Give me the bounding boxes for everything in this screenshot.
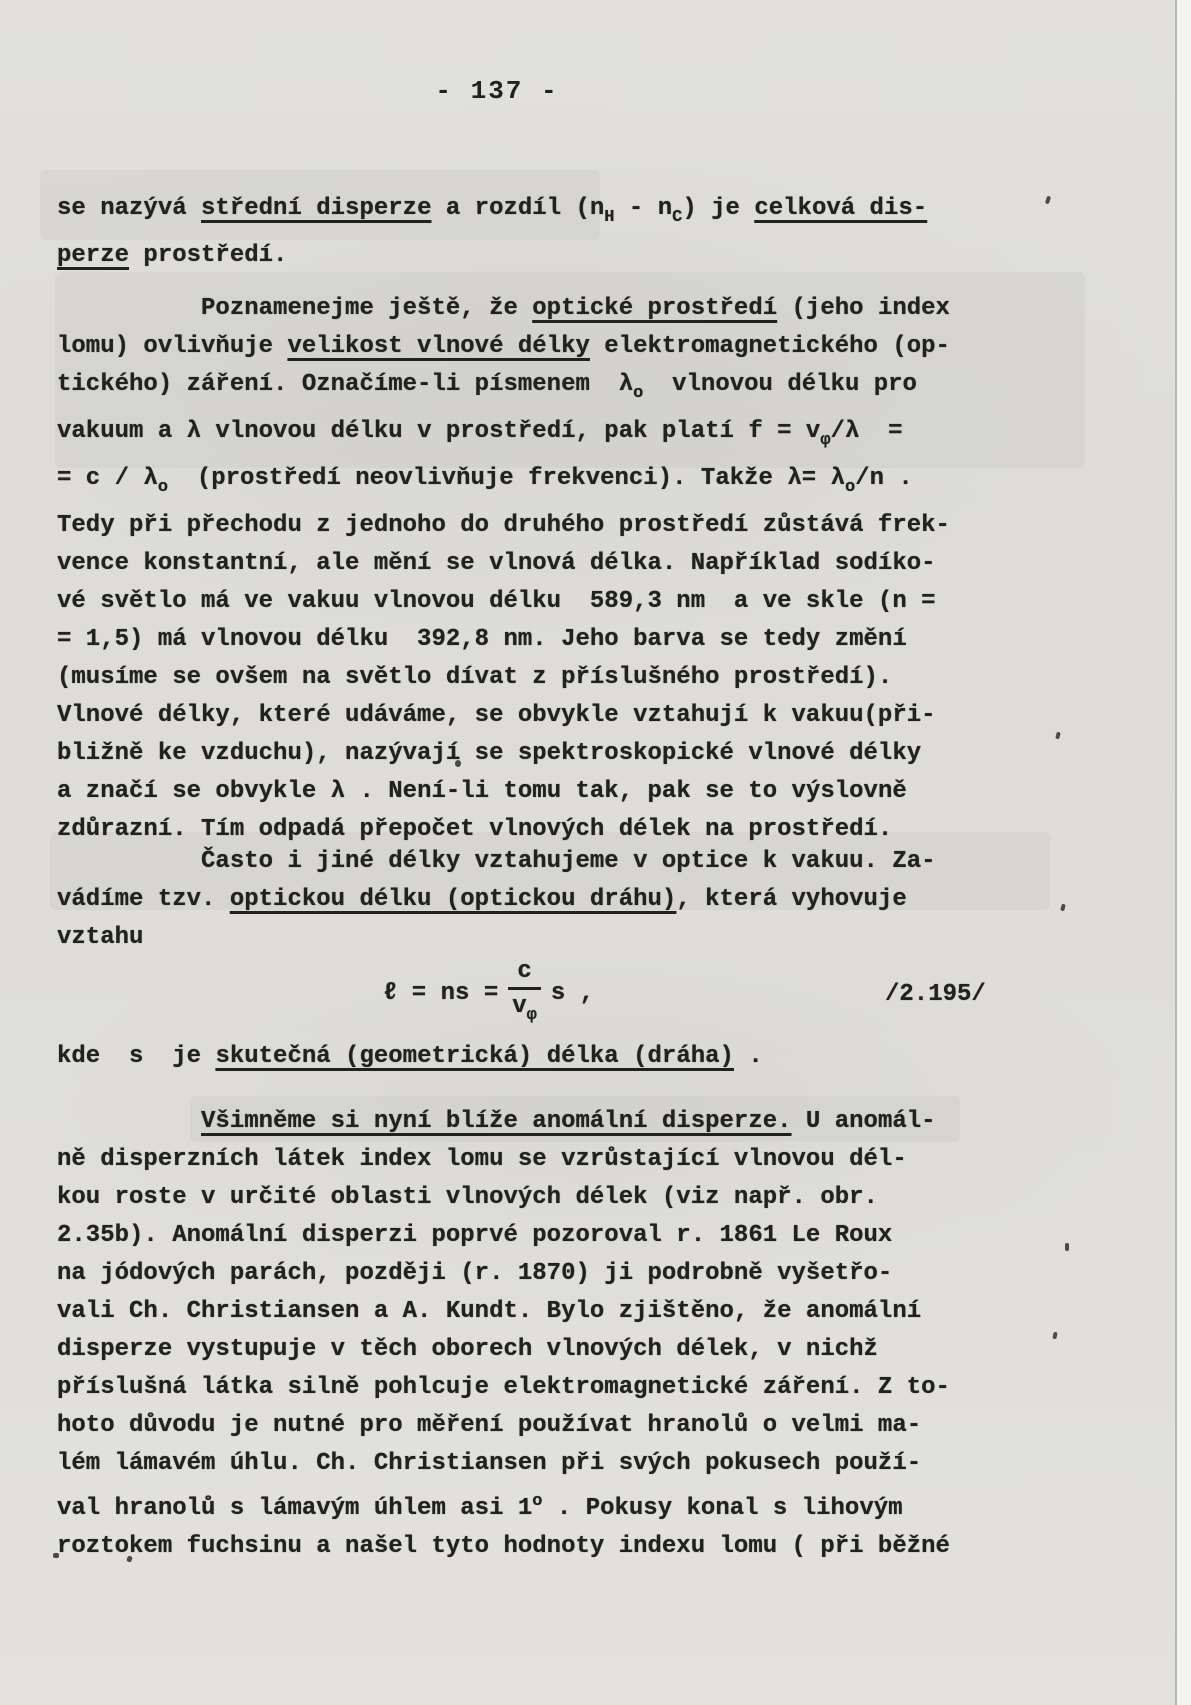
text-segment: Vlnové délky, které udáváme, se obvykle … [57,702,936,729]
text-segment: = c / [57,465,143,492]
text-line: vakuum a λ vlnovou délku v prostředí, pa… [57,413,967,460]
equation-lhs: ℓ = ns = [383,975,498,1013]
text-segment: = [859,418,902,445]
text-segment: λ [787,465,801,492]
text-line: = 1,5) má vlnovou délku 392,8 nm. Jeho b… [57,621,967,659]
underlined-text: střední disperze [201,195,431,222]
text-segment: na jódových parách, později (r. 1870) ji… [57,1260,892,1287]
text-segment: val hranolů s lámavým úhlem asi 1 [57,1495,532,1522]
text-line: (musíme se ovšem na světlo dívat z přísl… [57,659,967,697]
text-line: a značí se obvykle λ . Není-li tomu tak,… [57,773,967,811]
text-segment: disperze vystupuje v těch oborech vlnový… [57,1336,878,1363]
text-line: val hranolů s lámavým úhlem asi 1o . Pok… [57,1483,967,1528]
text-segment: bližně ke vzduchu), nazývají se spektros… [57,740,921,767]
text-segment: U anomál- [792,1108,936,1135]
text-segment: (prostředí neovlivňuje frekvenci). Takže [168,465,787,492]
text-line: 2.35b). Anomální disperzi poprvé pozorov… [57,1217,967,1255]
equation: ℓ = ns = c vφ s , /2.195/ [57,948,967,1040]
text-segment: o [633,384,643,403]
fraction-numerator: c [511,957,537,987]
text-segment: . Není-li tomu tak, pak se to výslovně [345,778,907,805]
text-line: lomu) ovlivňuje velikost vlnové délky el… [57,328,967,366]
text-segment: , která vyhovuje [676,886,906,913]
text-line: příslušná látka silně pohlcuje elektroma… [57,1369,967,1407]
underlined-text: celková dis- [754,195,927,222]
text-segment: vlnovou délku v prostředí, pak platí f =… [201,418,820,445]
text-segment: . Pokusy konal s lihovým [542,1495,902,1522]
text-segment: Tedy při přechodu z jednoho do druhého p… [57,512,950,539]
text-segment: o [845,478,855,497]
text-segment: roztokem fuchsinu a našel tyto hodnoty i… [57,1533,950,1560]
text-segment: φ [820,431,830,450]
text-segment: vádíme tzv. [57,886,230,913]
paragraph-dispersion-intro: se nazývá střední disperze a rozdíl (nH … [57,190,967,275]
text-line: Všimněme si nyní blíže anomální disperze… [57,1103,967,1141]
text-line: Poznamenejme ještě, že optické prostředí… [57,290,967,328]
text-line: hoto důvodu je nutné pro měření používat… [57,1407,967,1445]
text-segment: vence konstantní, ale mění se vlnová dél… [57,550,936,577]
text-line: disperze vystupuje v těch oborech vlnový… [57,1331,967,1369]
text-segment: ně disperzních látek index lomu se vzrůs… [57,1146,907,1173]
text-line: se nazývá střední disperze a rozdíl (nH … [57,190,967,237]
text-line: na jódových parách, později (r. 1870) ji… [57,1255,967,1293]
text-segment: a značí se obvykle [57,778,331,805]
text-segment [57,1108,201,1135]
text-segment: o [532,1492,542,1511]
scan-speck [1055,732,1061,740]
paragraph-where-clause: kde s je skutečná (geometrická) délka (d… [57,1038,967,1076]
fraction-denominator-subscript: φ [527,1006,537,1025]
text-segment: ) je [682,195,754,222]
text-segment: . [734,1043,763,1070]
page-number: - 137 - [57,72,937,110]
text-segment: H [604,208,614,227]
scan-speck [53,1553,59,1558]
fraction-denominator-base: v [512,993,526,1020]
text-segment: příslušná látka silně pohlcuje elektroma… [57,1374,950,1401]
equation-fraction: c vφ [508,957,541,1031]
text-segment: λ [845,418,859,445]
text-line: vence konstantní, ale mění se vlnová dél… [57,545,967,583]
text-line: perze prostředí. [57,237,967,275]
text-segment: prostředí. [129,242,287,269]
text-segment: Často i jiné délky vztahujeme v optice k… [57,848,936,875]
text-line: = c / λo (prostředí neovlivňuje frekvenc… [57,460,967,507]
text-segment: se nazývá [57,195,201,222]
text-segment: / [831,418,845,445]
scan-speck [455,760,461,767]
underlined-text: perze [57,242,129,269]
equation-rhs: s , [551,975,594,1013]
equation-number: /2.195/ [885,976,986,1014]
text-segment: tického) záření. Označíme-li písmenem [57,371,619,398]
text-segment: a rozdíl (n [431,195,604,222]
paragraph-optical-medium: Poznamenejme ještě, že optické prostředí… [57,290,967,849]
text-segment: lém lámavém úhlu. Ch. Christiansen při s… [57,1450,921,1477]
text-segment: vali Ch. Christiansen a A. Kundt. Bylo z… [57,1298,921,1325]
scan-speck [1065,1243,1069,1251]
text-segment: = 1,5) má vlnovou délku 392,8 nm. Jeho b… [57,626,907,653]
text-segment: lomu) ovlivňuje [57,333,287,360]
text-segment: Poznamenejme ještě, že [57,295,532,322]
text-segment: vlnovou délku pro [643,371,917,398]
text-line: kde s je skutečná (geometrická) délka (d… [57,1038,967,1076]
text-segment: kde s je [57,1043,215,1070]
text-segment: kou roste v určité oblasti vlnových déle… [57,1184,878,1211]
text-segment: vakuum a [57,418,187,445]
text-segment: - n [615,195,673,222]
text-segment: λ [143,465,157,492]
text-segment: vé světlo má ve vakuu vlnovou délku 589,… [57,588,936,615]
paper-edge [1175,0,1191,1705]
scan-speck [1052,1332,1057,1340]
paragraph-optical-length: Často i jiné délky vztahujeme v optice k… [57,843,967,957]
text-line: ně disperzních látek index lomu se vzrůs… [57,1141,967,1179]
text-segment: 2.35b). Anomální disperzi poprvé pozorov… [57,1222,892,1249]
text-segment: zdůrazní. Tím odpadá přepočet vlnových d… [57,816,892,843]
scanned-document-page: - 137 - se nazývá střední disperze a roz… [0,0,1191,1705]
text-line: Často i jiné délky vztahujeme v optice k… [57,843,967,881]
text-line: vé světlo má ve vakuu vlnovou délku 589,… [57,583,967,621]
text-segment: C [672,208,682,227]
text-segment: vztahu [57,924,143,951]
text-segment: /n . [855,465,913,492]
underlined-text: velikost vlnové délky [287,333,589,360]
text-line: bližně ke vzduchu), nazývají se spektros… [57,735,967,773]
text-segment: (musíme se ovšem na světlo dívat z přísl… [57,664,892,691]
underlined-text: optickou délku (optickou dráhu) [230,886,676,913]
text-line: Tedy při přechodu z jednoho do druhého p… [57,507,967,545]
text-segment: elektromagnetického (op- [590,333,950,360]
text-line: vali Ch. Christiansen a A. Kundt. Bylo z… [57,1293,967,1331]
text-line: tického) záření. Označíme-li písmenem λo… [57,366,967,413]
text-segment: = [802,465,831,492]
scan-speck [1045,196,1051,205]
text-line: Vlnové délky, které udáváme, se obvykle … [57,697,967,735]
text-line: kou roste v určité oblasti vlnových déle… [57,1179,967,1217]
paragraph-anomalous-dispersion: Všimněme si nyní blíže anomální disperze… [57,1103,967,1566]
fraction-denominator: vφ [508,987,541,1031]
text-line: lém lámavém úhlu. Ch. Christiansen při s… [57,1445,967,1483]
underlined-text: optické prostředí [532,295,777,322]
underlined-text: skutečná (geometrická) délka (dráha) [215,1043,733,1070]
scan-speck [1060,904,1066,912]
text-segment: (jeho index [777,295,950,322]
text-segment: λ [331,778,345,805]
text-segment: λ [619,371,633,398]
text-segment: λ [187,418,201,445]
text-line: vádíme tzv. optickou délku (optickou drá… [57,881,967,919]
text-segment: o [158,478,168,497]
underlined-text: Všimněme si nyní blíže anomální disperze… [201,1108,792,1135]
text-line: roztokem fuchsinu a našel tyto hodnoty i… [57,1528,967,1566]
text-segment: hoto důvodu je nutné pro měření používat… [57,1412,921,1439]
text-segment: λ [831,465,845,492]
